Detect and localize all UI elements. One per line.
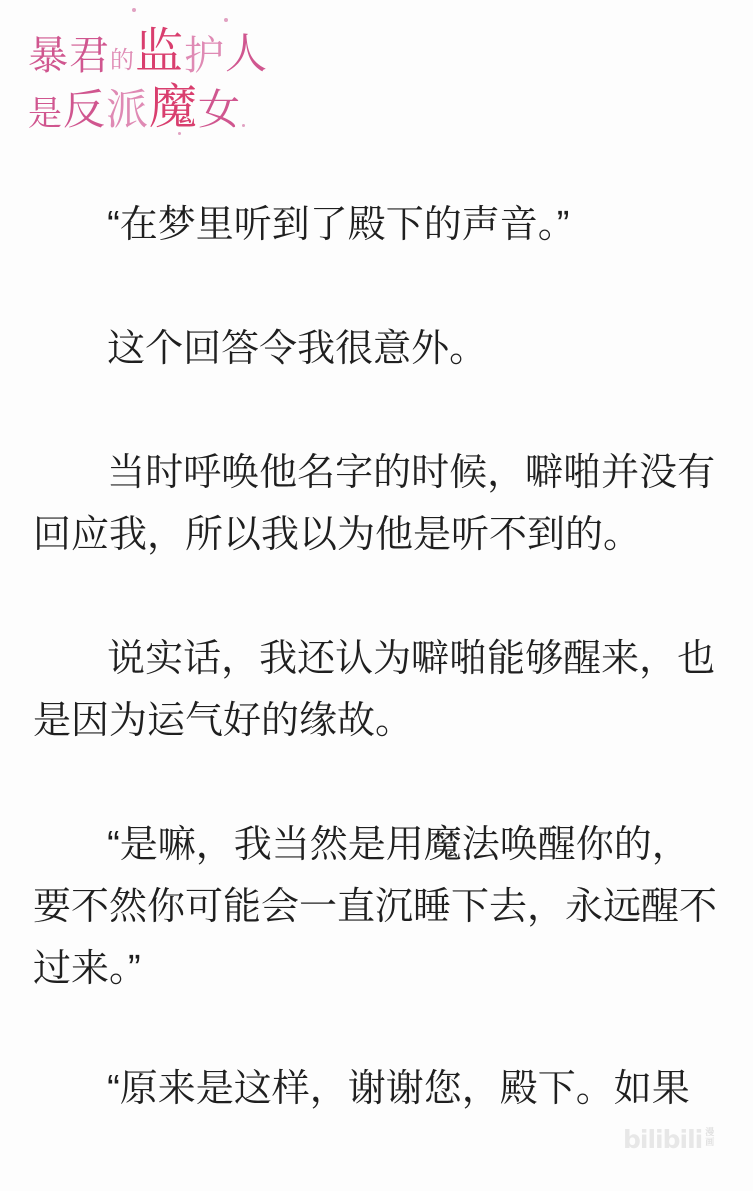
bilibili-watermark: bilibili 漫 画 (623, 1127, 714, 1152)
paragraph-narration: 这个回答令我很意外。 (33, 318, 733, 380)
bilibili-logo-text: bilibili (623, 1127, 702, 1152)
text-line: 说实话，我还认为噼啪能够醒来，也 (33, 628, 733, 690)
text-line: 这个回答令我很意外。 (33, 318, 733, 380)
story-text-area: “在梦里听到了殿下的声音。” 这个回答令我很意外。 当时呼唤他名字的时候，噼啪并… (0, 0, 753, 1191)
text-line: 是因为运气好的缘故。 (33, 690, 733, 752)
text-line: 要不然你可能会一直沉睡下去，永远醒不 (33, 876, 733, 938)
text-line: 过来。” (33, 938, 733, 1000)
badge-char: 画 (705, 1137, 714, 1147)
badge-char: 漫 (705, 1127, 714, 1137)
paragraph-narration: 当时呼唤他名字的时候，噼啪并没有 回应我，所以我以为他是听不到的。 (33, 442, 733, 566)
bilibili-manga-badge: 漫 画 (705, 1127, 714, 1147)
text-line: 当时呼唤他名字的时候，噼啪并没有 (33, 442, 733, 504)
text-line: “是嘛，我当然是用魔法唤醒你的， (33, 814, 733, 876)
novel-page: { "logo": { "title_full": "暴君的监护人是反派魔女",… (0, 0, 753, 1191)
paragraph-dialogue: “是嘛，我当然是用魔法唤醒你的， 要不然你可能会一直沉睡下去，永远醒不 过来。” (33, 814, 733, 1000)
text-line: 回应我，所以我以为他是听不到的。 (33, 504, 733, 566)
paragraph-dialogue: “在梦里听到了殿下的声音。” (33, 194, 733, 256)
text-line: “原来是这样，谢谢您，殿下。如果 (33, 1058, 733, 1120)
paragraph-narration: 说实话，我还认为噼啪能够醒来，也 是因为运气好的缘故。 (33, 628, 733, 752)
text-line: “在梦里听到了殿下的声音。” (33, 194, 733, 256)
paragraph-dialogue: “原来是这样，谢谢您，殿下。如果 (33, 1058, 733, 1120)
